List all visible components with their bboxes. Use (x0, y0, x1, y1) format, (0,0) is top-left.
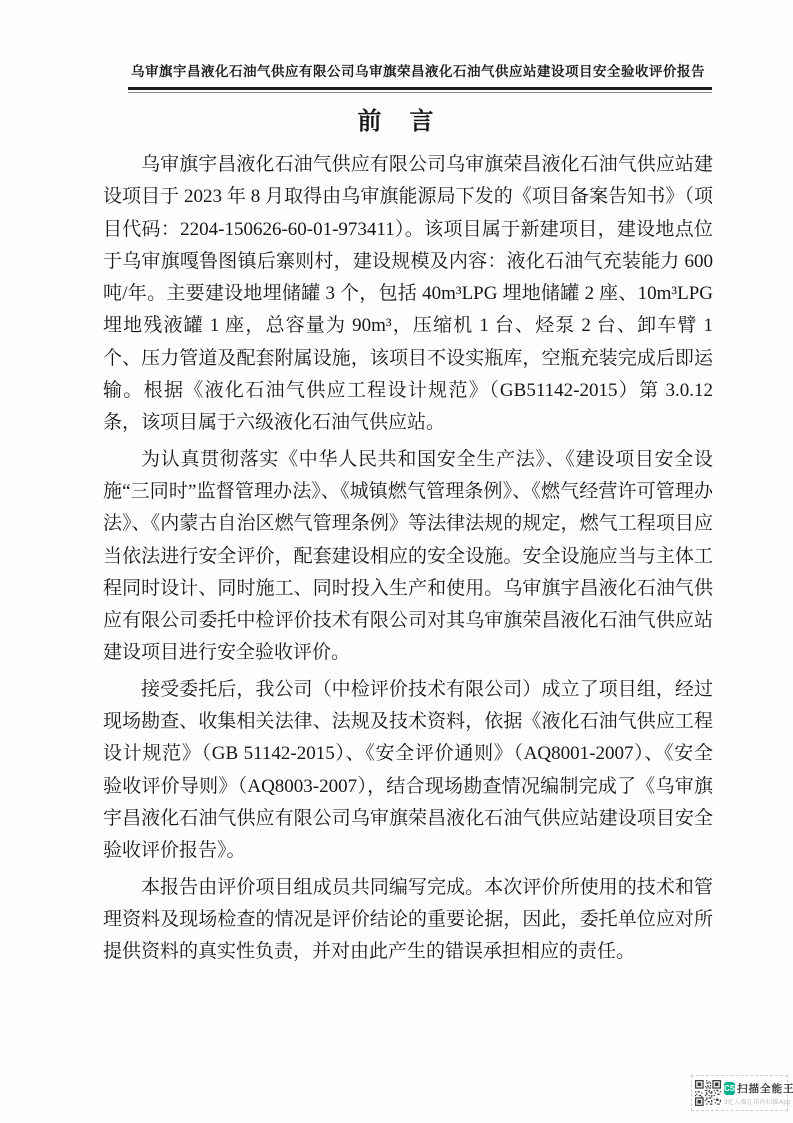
section-title: 前 言 (0, 101, 793, 136)
paragraph-3: 接受委托后，我公司（中检评价技术有限公司）成立了项目组，经过现场勘查、收集相关法… (103, 674, 713, 868)
camscanner-logo-icon: CS (724, 1082, 735, 1095)
camscanner-label-group: CS 扫描全能王 3亿人都在用的扫描App (724, 1081, 785, 1106)
paragraph-1: 乌审旗宇昌液化石油气供应有限公司乌审旗荣昌液化石油气供应站建设项目于 2023 … (103, 149, 713, 440)
header-rule-thin (128, 92, 712, 93)
qr-code-icon (695, 1080, 721, 1106)
document-body: 乌审旗宇昌液化石油气供应有限公司乌审旗荣昌液化石油气供应站建设项目于 2023 … (103, 149, 713, 972)
header-rule-thick (128, 87, 712, 90)
camscanner-app-name: 扫描全能王 (737, 1081, 793, 1096)
paragraph-4: 本报告由评价项目组成员共同编写完成。本次评价所使用的技术和管理资料及现场检查的情… (103, 872, 713, 969)
paragraph-2: 为认真贯彻落实《中华人民共和国安全生产法》、《建设项目安全设施“三同时”监督管理… (103, 444, 713, 670)
camscanner-tagline: 3亿人都在用的扫描App (724, 1097, 785, 1106)
running-title: 乌审旗宇昌液化石油气供应有限公司乌审旗荣昌液化石油气供应站建设项目安全验收评价报… (120, 60, 716, 80)
camscanner-watermark: CS 扫描全能王 3亿人都在用的扫描App (691, 1075, 788, 1111)
document-page: 乌审旗宇昌液化石油气供应有限公司乌审旗荣昌液化石油气供应站建设项目安全验收评价报… (0, 0, 793, 1123)
